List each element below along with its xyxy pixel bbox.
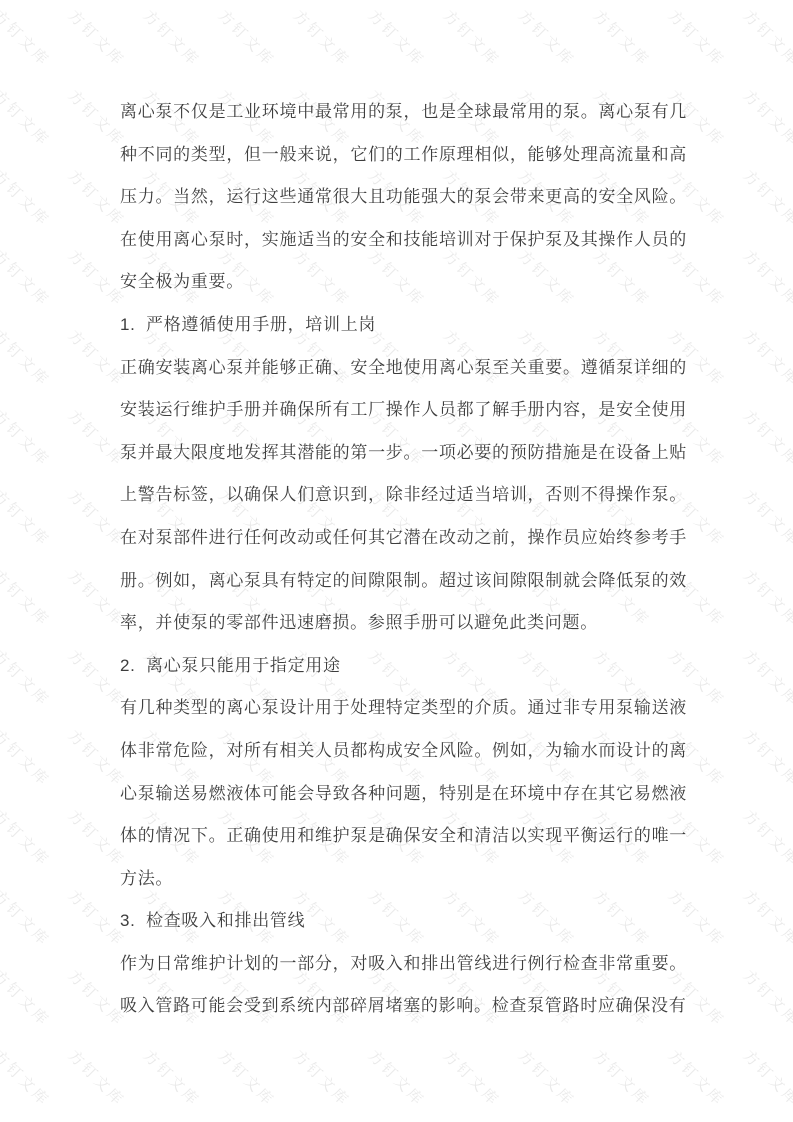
watermark-text: 方钉文库 (739, 1045, 793, 1111)
watermark-text: 方钉文库 (739, 485, 793, 551)
watermark-text: 方钉文库 (739, 725, 793, 791)
watermark-text: 方钉文库 (514, 5, 580, 71)
section-heading-2: 2. 离心泵只能用于指定用途 (120, 645, 687, 688)
watermark-text: 方钉文库 (64, 5, 130, 71)
watermark-text: 方钉文库 (289, 1045, 355, 1111)
watermark-text: 方钉文库 (0, 485, 55, 551)
watermark-text: 方钉文库 (139, 1045, 205, 1111)
watermark-text: 方钉文库 (0, 325, 55, 391)
watermark-text: 方钉文库 (0, 245, 55, 311)
section-title: 离心泵只能用于指定用途 (146, 645, 687, 688)
section-number: 3. (120, 900, 146, 943)
watermark-text: 方钉文库 (0, 5, 55, 71)
watermark-text: 方钉文库 (364, 1045, 430, 1111)
watermark-text: 方钉文库 (214, 1045, 280, 1111)
watermark-text: 方钉文库 (739, 5, 793, 71)
watermark-text: 方钉文库 (0, 805, 55, 871)
section-body-3: 作为日常维护计划的一部分，对吸入和排出管线进行例行检查非常重要。吸入管路可能会受… (120, 943, 687, 1028)
watermark-text: 方钉文库 (514, 1045, 580, 1111)
document-page: 方钉文库方钉文库方钉文库方钉文库方钉文库方钉文库方钉文库方钉文库方钉文库方钉文库… (0, 0, 793, 1122)
watermark-text: 方钉文库 (739, 965, 793, 1031)
watermark-text: 方钉文库 (664, 1045, 730, 1111)
watermark-text: 方钉文库 (0, 965, 55, 1031)
watermark-text: 方钉文库 (739, 805, 793, 871)
watermark-text: 方钉文库 (289, 5, 355, 71)
watermark-text: 方钉文库 (0, 85, 55, 151)
watermark-text: 方钉文库 (739, 645, 793, 711)
section-body-2: 有几种类型的离心泵设计用于处理特定类型的介质。通过非专用泵输送液体非常危险，对所… (120, 687, 687, 900)
section-heading-3: 3. 检查吸入和排出管线 (120, 900, 687, 943)
watermark-text: 方钉文库 (739, 165, 793, 231)
watermark-text: 方钉文库 (739, 565, 793, 631)
watermark-text: 方钉文库 (739, 885, 793, 951)
watermark-text: 方钉文库 (589, 1045, 655, 1111)
watermark-text: 方钉文库 (0, 565, 55, 631)
watermark-text: 方钉文库 (0, 405, 55, 471)
section-title: 严格遵循使用手册，培训上岗 (146, 304, 687, 347)
watermark-text: 方钉文库 (664, 5, 730, 71)
watermark-text: 方钉文库 (364, 5, 430, 71)
watermark-text: 方钉文库 (739, 85, 793, 151)
watermark-text: 方钉文库 (739, 325, 793, 391)
watermark-text: 方钉文库 (439, 5, 505, 71)
watermark-text: 方钉文库 (739, 245, 793, 311)
intro-paragraph: 离心泵不仅是工业环境中最常用的泵，也是全球最常用的泵。离心泵有几种不同的类型，但… (120, 91, 687, 304)
section-title: 检查吸入和排出管线 (146, 900, 687, 943)
watermark-text: 方钉文库 (64, 1045, 130, 1111)
section-number: 2. (120, 645, 146, 688)
watermark-text: 方钉文库 (214, 5, 280, 71)
watermark-text: 方钉文库 (589, 5, 655, 71)
watermark-text: 方钉文库 (0, 165, 55, 231)
watermark-text: 方钉文库 (139, 5, 205, 71)
watermark-text: 方钉文库 (0, 885, 55, 951)
watermark-text: 方钉文库 (739, 405, 793, 471)
section-heading-1: 1. 严格遵循使用手册，培训上岗 (120, 304, 687, 347)
watermark-text: 方钉文库 (0, 1045, 55, 1111)
section-body-1: 正确安装离心泵并能够正确、安全地使用离心泵至关重要。遵循泵详细的安装运行维护手册… (120, 347, 687, 645)
section-number: 1. (120, 304, 146, 347)
watermark-text: 方钉文库 (0, 725, 55, 791)
watermark-text: 方钉文库 (439, 1045, 505, 1111)
watermark-text: 方钉文库 (0, 645, 55, 711)
document-content: 离心泵不仅是工业环境中最常用的泵，也是全球最常用的泵。离心泵有几种不同的类型，但… (120, 91, 687, 1028)
